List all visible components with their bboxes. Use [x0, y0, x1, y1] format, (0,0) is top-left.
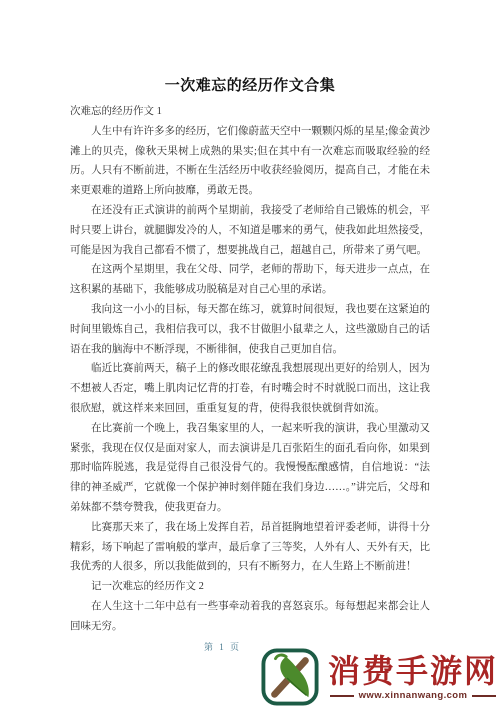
page-title: 一次难忘的经历作文合集	[0, 74, 500, 95]
watermark-site-url: www.xinnanwang.com	[359, 690, 468, 701]
essay-1-paragraph: 在还没有正式演讲的前两个星期前，我接受了老师给自己锻炼的机会，平时只要上讲台，就…	[70, 201, 430, 260]
leaf-stick-logo-icon	[261, 648, 319, 706]
essay-1-paragraph: 在比赛前一个晚上，我召集家里的人，一起来听我的演讲，我心里激动又紧张，我现在仅仅…	[70, 419, 430, 518]
essay-1-paragraph: 人生中有许许多多的经历，它们像蔚蓝天空中一颗颗闪烁的星星;像金黄沙滩上的贝壳，像…	[70, 122, 430, 201]
divider-line	[472, 695, 496, 697]
essay-2-paragraph: 在人生这十二年中总有一些事牵动着我的喜怒哀乐。每每想起来都会让人回味无穷。	[70, 597, 430, 637]
essay-body: 次难忘的经历作文 1 人生中有许许多多的经历，它们像蔚蓝天空中一颗颗闪烁的星星;…	[70, 102, 430, 637]
essay-1-paragraph: 我向这一小小的目标，每天都在练习，就算时间很短，我也要在这紧迫的时间里锻炼自己，…	[70, 300, 430, 359]
essay-1-heading: 次难忘的经历作文 1	[70, 102, 430, 122]
essay-1-paragraph: 在这两个星期里，我在父母、同学，老师的帮助下，每天进步一点点，在这积累的基础下，…	[70, 260, 430, 300]
page-number: 第 1 页	[204, 640, 241, 653]
watermark-site-name: 消费手游网	[328, 653, 498, 689]
essay-1-paragraph: 临近比赛前两天，稿子上的修改眼花缭乱我想展现出更好的给别人，因为不想被人否定，嘴…	[70, 359, 430, 418]
site-watermark: 消费手游网 www.xinnanwang.com	[261, 648, 498, 706]
essay-2-heading: 记一次难忘的经历作文 2	[70, 577, 430, 597]
essay-1-paragraph: 比赛那天来了，我在场上发挥自若，昂首挺胸地望着评委老师，讲得十分精彩，场下响起了…	[70, 518, 430, 577]
divider-line	[330, 695, 354, 697]
